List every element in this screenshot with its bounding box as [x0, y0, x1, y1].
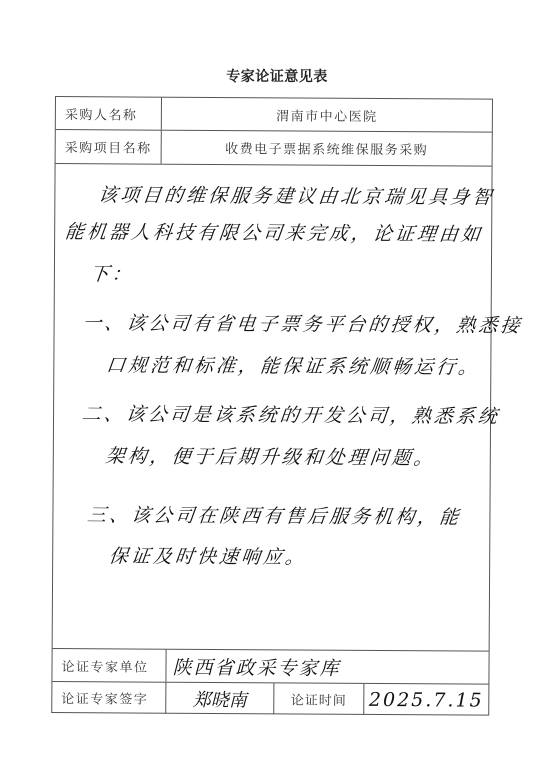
- opinion-line: 能机器人科技有限公司来完成，论证理由如: [64, 217, 485, 247]
- opinion-line: 三、该公司在陕西有售后服务机构，能: [86, 500, 463, 529]
- opinion-section: 该项目的维保服务建议由北京瑞见具身智 能机器人科技有限公司来完成，论证理由如 下…: [53, 164, 492, 652]
- project-value: 收费电子票据系统维保服务采购: [162, 131, 492, 166]
- review-time-value: 2025.7.15: [364, 684, 488, 716]
- signature-row: 论证专家签字 郑晓南 论证时间 2025.7.15: [52, 682, 488, 716]
- project-label: 采购项目名称: [56, 130, 162, 164]
- expert-unit-handwriting: 陕西省政采专家库: [172, 652, 340, 680]
- expert-signature-cell: 郑晓南: [166, 683, 274, 715]
- opinion-line: 口规范和标准，能保证系统顺畅运行。: [105, 350, 482, 379]
- review-date: 2025.7.15: [369, 688, 484, 711]
- review-time-label: 论证时间: [274, 683, 364, 715]
- opinion-line: 保证及时快速响应。: [108, 541, 309, 569]
- purchaser-row: 采购人名称 渭南市中心医院: [56, 97, 492, 133]
- opinion-line: 架构，便于后期升级和处理问题。: [104, 441, 437, 470]
- expert-signature-label: 论证专家签字: [52, 682, 166, 714]
- opinion-line: 下：: [88, 259, 135, 286]
- project-row: 采购项目名称 收费电子票据系统维保服务采购: [56, 130, 492, 167]
- expert-opinion-form: 采购人名称 渭南市中心医院 采购项目名称 收费电子票据系统维保服务采购 该项目的…: [51, 96, 493, 716]
- opinion-line: 二、该公司是该系统的开发公司，熟悉系统: [81, 399, 502, 429]
- opinion-line: 一、该公司有省电子票务平台的授权，熟悉接: [81, 308, 524, 338]
- document-title: 专家论证意见表: [0, 66, 554, 86]
- expert-unit-label: 论证专家单位: [52, 649, 166, 682]
- expert-unit-row: 论证专家单位 陕西省政采专家库: [52, 649, 488, 685]
- purchaser-label: 采购人名称: [56, 97, 162, 130]
- expert-unit-value: 陕西省政采专家库: [166, 650, 488, 684]
- purchaser-value: 渭南市中心医院: [162, 98, 492, 132]
- opinion-line: 该项目的维保服务建议由北京瑞见具身智: [97, 180, 496, 209]
- expert-signature: 郑晓南: [193, 685, 247, 711]
